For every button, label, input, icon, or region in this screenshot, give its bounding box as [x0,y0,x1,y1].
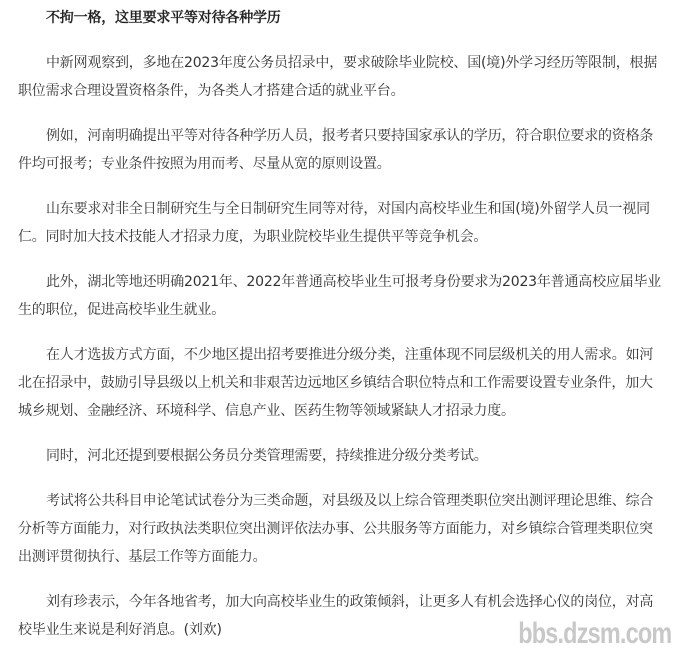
paragraph: 山东要求对非全日制研究生与全日制研究生同等对待，对国内高校毕业生和国(境)外留学… [18,195,666,251]
paragraph: 考试将公共科目申论笔试试卷分为三类命题，对县级及以上综合管理类职位突出测评理论思… [18,487,666,571]
article-body: 不拘一格，这里要求平等对待各种学历 中新网观察到，多地在2023年度公务员招录中… [18,0,666,655]
paragraph: 例如，河南明确提出平等对待各种学历人员，报考者只要持国家承认的学历，符合职位要求… [18,122,666,178]
paragraph: 在人才选拔方式方面，不少地区提出招考要推进分级分类，注重体现不同层级机关的用人需… [18,341,666,425]
paragraph: 同时，河北还提到要根据公务员分类管理需要，持续推进分级分类考试。 [18,442,666,470]
paragraph: 中新网观察到，多地在2023年度公务员招录中，要求破除毕业院校、国(境)外学习经… [18,49,666,105]
paragraph: 此外，湖北等地还明确2021年、2022年普通高校毕业生可报考身份要求为2023… [18,268,666,324]
site-watermark: bbs.dzsm.com [518,617,671,651]
section-heading: 不拘一格，这里要求平等对待各种学历 [18,0,666,32]
